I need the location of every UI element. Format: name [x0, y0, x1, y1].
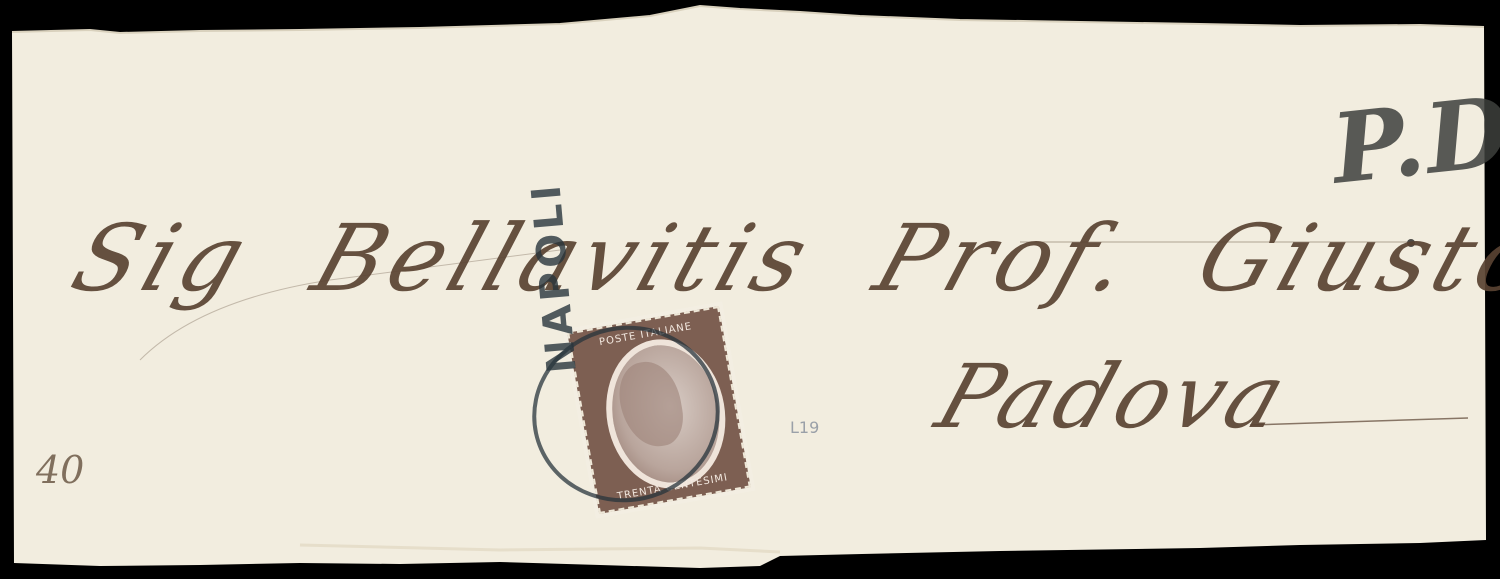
pd-handstamp: P.D. — [1327, 71, 1500, 205]
salutation: Sig — [60, 205, 264, 312]
photo-stage: Sig Bellavitis Prof. Giusto Padova P.D. … — [0, 0, 1500, 579]
title: Prof. — [863, 205, 1149, 312]
margin-note: 40 — [36, 448, 84, 492]
pencil-marking: L19 — [790, 418, 819, 437]
address-line-2-city: Padova — [925, 345, 1302, 448]
given-name: Giusto — [1185, 205, 1500, 312]
address-line-1: Sig Bellavitis Prof. Giusto — [60, 205, 1500, 312]
